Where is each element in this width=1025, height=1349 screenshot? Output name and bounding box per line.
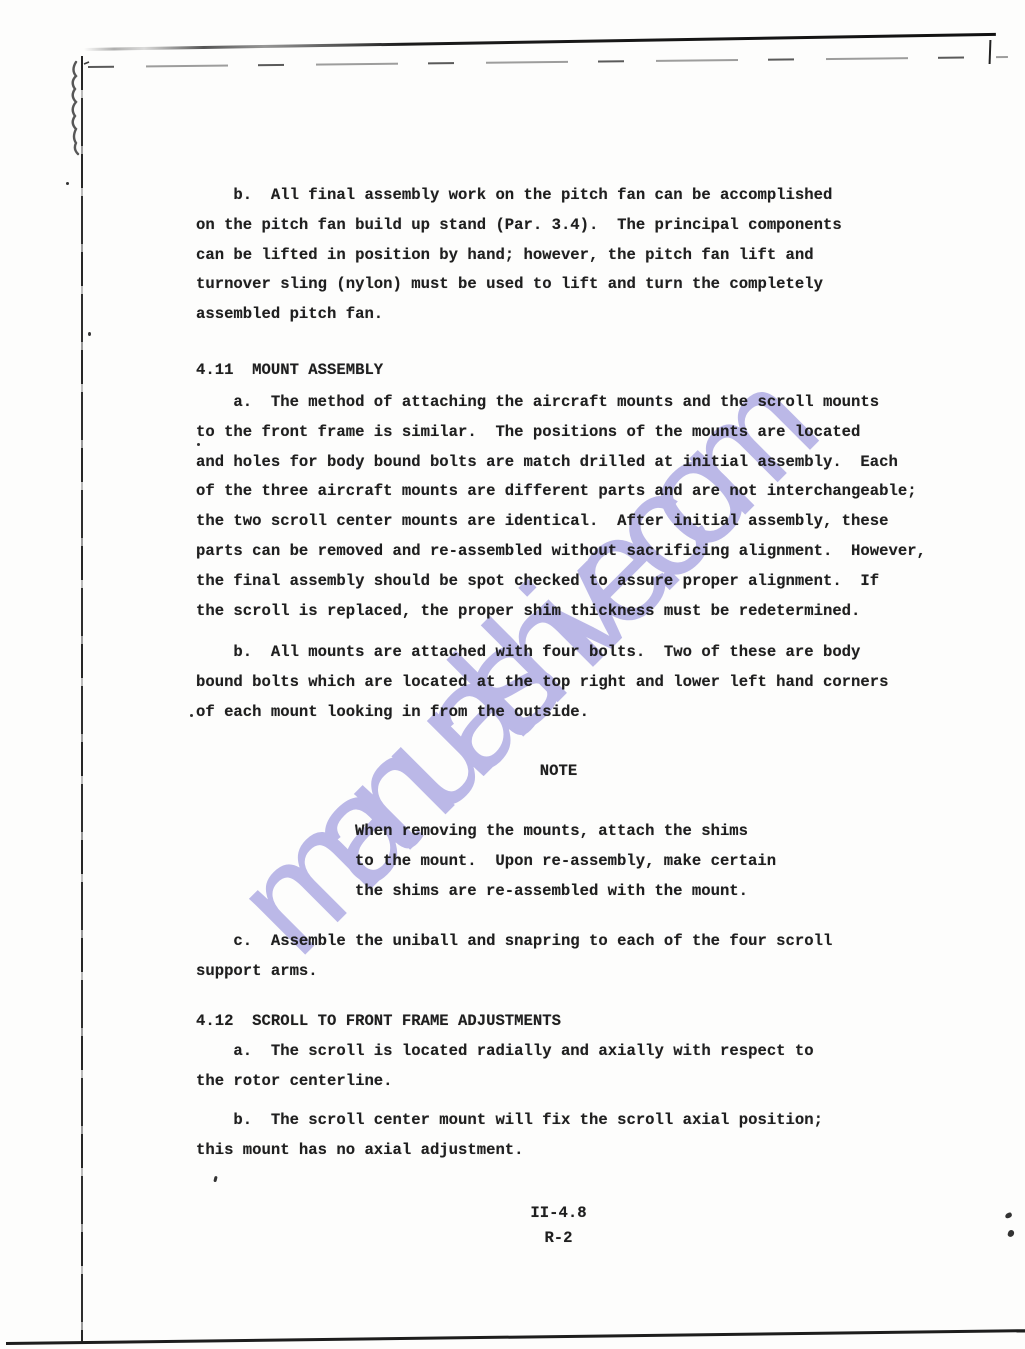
left-margin-scan-line [81, 56, 83, 1344]
ink-speck [66, 182, 69, 185]
margin-scribble-mark [62, 58, 92, 158]
text-line: a. The scroll is located radially and ax… [196, 1037, 956, 1067]
top-scan-line [84, 33, 996, 51]
text-line: this mount has no axial adjustment. [196, 1136, 956, 1166]
text-line: of the three aircraft mounts are differe… [196, 477, 956, 507]
ink-speck [88, 332, 91, 336]
text-line: the final assembly should be spot checke… [196, 567, 956, 597]
paragraph-4-12-a: a. The scroll is located radially and ax… [196, 1037, 956, 1097]
text-line: the rotor centerline. [196, 1067, 956, 1097]
ink-speck [197, 443, 200, 446]
text-line: b. All final assembly work on the pitch … [196, 181, 956, 211]
page-number: II-4.8 [196, 1201, 921, 1226]
text-line: c. Assemble the uniball and snapring to … [196, 927, 956, 957]
text-line: assembled pitch fan. [196, 300, 956, 330]
note-heading: NOTE [196, 757, 921, 787]
text-line: to the mount. Upon re-assembly, make cer… [355, 847, 915, 877]
text-line: bound bolts which are located at the top… [196, 668, 956, 698]
text-line: the scroll is replaced, the proper shim … [196, 597, 956, 627]
text-line: When removing the mounts, attach the shi… [355, 817, 915, 847]
paragraph-4-11-a: a. The method of attaching the aircraft … [196, 388, 956, 626]
paragraph-final-assembly: b. All final assembly work on the pitch … [196, 181, 956, 330]
heading-text: 4.11 MOUNT ASSEMBLY [196, 356, 956, 386]
text-line: of each mount looking in from the outsid… [196, 698, 956, 728]
heading-text: 4.12 SCROLL TO FRONT FRAME ADJUSTMENTS [196, 1007, 956, 1037]
text-line: and holes for body bound bolts are match… [196, 448, 956, 478]
top-right-corner-tick [989, 40, 992, 64]
text-line: a. The method of attaching the aircraft … [196, 388, 956, 418]
top-scan-line-secondary [88, 56, 1008, 68]
ink-speck [1007, 1229, 1015, 1238]
text-line: the shims are re-assembled with the moun… [355, 877, 915, 907]
text-line: b. All mounts are attached with four bol… [196, 638, 956, 668]
text-line: to the front frame is similar. The posit… [196, 418, 956, 448]
paragraph-4-11-b: b. All mounts are attached with four bol… [196, 638, 956, 727]
text-line: the two scroll center mounts are identic… [196, 507, 956, 537]
page-footer: II-4.8 R-2 [196, 1201, 921, 1251]
ink-speck [190, 714, 193, 717]
paragraph-4-12-b: b. The scroll center mount will fix the … [196, 1106, 956, 1166]
text-line: on the pitch fan build up stand (Par. 3.… [196, 211, 956, 241]
text-line: parts can be removed and re-assembled wi… [196, 537, 956, 567]
note-heading-text: NOTE [196, 757, 921, 787]
section-heading-4-12: 4.12 SCROLL TO FRONT FRAME ADJUSTMENTS [196, 1007, 956, 1037]
scanned-document-page: manualshive.com b. All final assembly wo… [0, 0, 1025, 1349]
text-line: can be lifted in position by hand; howev… [196, 241, 956, 271]
text-line: b. The scroll center mount will fix the … [196, 1106, 956, 1136]
text-line: turnover sling (nylon) must be used to l… [196, 270, 956, 300]
bottom-scan-line [6, 1329, 1025, 1344]
paragraph-4-11-c: c. Assemble the uniball and snapring to … [196, 927, 956, 987]
section-heading-4-11: 4.11 MOUNT ASSEMBLY [196, 356, 956, 386]
text-line: support arms. [196, 957, 956, 987]
revision-number: R-2 [196, 1226, 921, 1251]
note-body: When removing the mounts, attach the shi… [355, 817, 915, 906]
ink-speck [213, 1176, 217, 1182]
ink-speck [1004, 1212, 1012, 1219]
